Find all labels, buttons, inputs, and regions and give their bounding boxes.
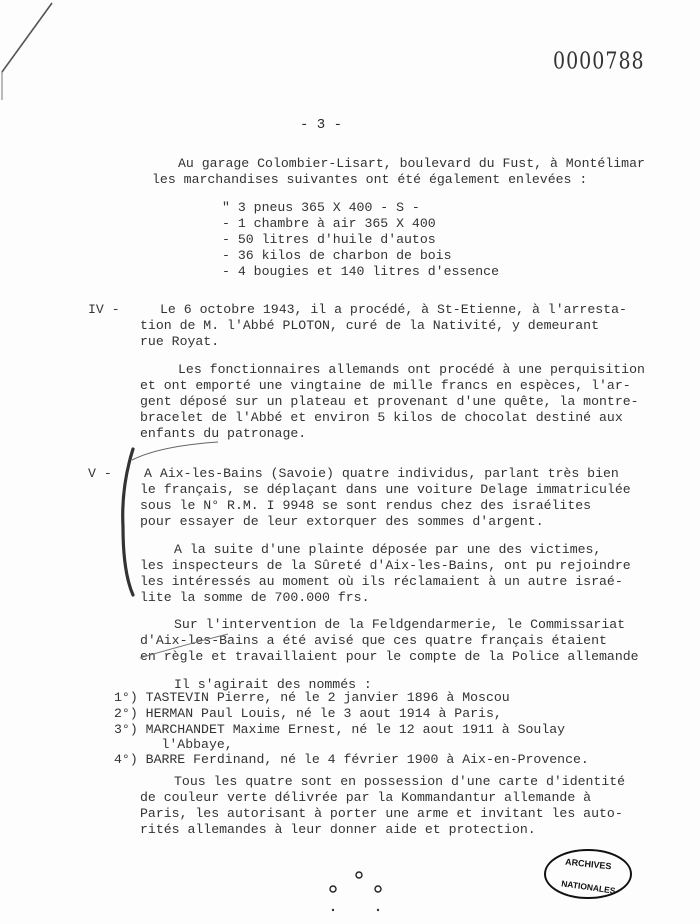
section-v-line: Sur l'intervention de la Feldgendarmerie… xyxy=(174,617,625,633)
section-v-line: Tous les quatre sont en possession d'une… xyxy=(174,774,625,790)
section-iv-line: et ont emporté une vingtaine de mille fr… xyxy=(140,378,631,394)
name-entry: 1°) TASTEVIN Pierre, né le 2 janvier 189… xyxy=(114,690,510,706)
section-iv-line: Les fonctionnaires allemands ont procédé… xyxy=(178,362,645,378)
archives-nationales-stamp: ARCHIVES NATIONALES xyxy=(542,847,634,901)
section-iv-line: gent déposé sur un plateau et provenant … xyxy=(140,394,639,410)
section-v-line: Paris, les autorisant à porter une arme … xyxy=(140,806,623,822)
section-v-line: les inspecteurs de la Sûreté d'Aix-les-B… xyxy=(140,558,631,574)
section-v-line: lite la somme de 700.000 frs. xyxy=(140,590,370,606)
ornament-dots-icon xyxy=(320,868,400,918)
section-v-line: A la suite d'une plainte déposée par une… xyxy=(174,542,601,558)
page-number: - 3 - xyxy=(300,117,342,133)
name-entry: 4°) BARRE Ferdinand, né le 4 février 190… xyxy=(114,752,589,768)
pen-stroke xyxy=(140,630,230,660)
document-number: 0000788 xyxy=(553,47,645,75)
folded-corner-mark xyxy=(0,0,70,100)
goods-item: - 36 kilos de charbon de bois xyxy=(222,248,452,264)
section-iv-line: bracelet de l'Abbé et environ 5 kilos de… xyxy=(140,410,623,426)
name-entry: 2°) HERMAN Paul Louis, né le 3 aout 1914… xyxy=(114,706,502,722)
section-v-line: sous le N° R.M. I 9948 se sont rendus ch… xyxy=(140,498,591,514)
goods-item: - 1 chambre à air 365 X 400 xyxy=(222,216,436,232)
section-iv-line: Le 6 octobre 1943, il a procédé, à St-Et… xyxy=(160,302,627,318)
intro-line: Au garage Colombier-Lisart, boulevard du… xyxy=(178,156,645,172)
section-iv-line: rue Royat. xyxy=(140,334,219,350)
pen-stroke xyxy=(130,440,220,462)
intro-line: les marchandises suivantes ont été égale… xyxy=(152,172,587,188)
handwritten-bracket xyxy=(119,447,137,597)
document-page: 0000788 - 3 - Au garage Colombier-Lisart… xyxy=(0,0,700,924)
section-iv-line: tion de M. l'Abbé PLOTON, curé de la Nat… xyxy=(140,318,599,334)
goods-item: - 50 litres d'huile d'autos xyxy=(222,232,436,248)
section-v-line: pour essayer de leur extorquer des somme… xyxy=(140,514,544,530)
section-v-line: les intéressés au moment où ils réclamai… xyxy=(140,574,623,590)
section-numeral-v: V - xyxy=(88,466,112,481)
section-numeral-iv: IV - xyxy=(88,302,120,317)
name-entry: l'Abbaye, xyxy=(114,737,233,753)
section-v-line: de couleur verte délivrée par la Kommand… xyxy=(140,790,591,806)
stamp-bottom-text: NATIONALES xyxy=(561,878,617,896)
section-v-line: A Aix-les-Bains (Savoie) quatre individu… xyxy=(144,466,619,482)
stamp-top-text: ARCHIVES xyxy=(565,857,612,872)
name-entry: 3°) MARCHANDET Maxime Ernest, né le 12 a… xyxy=(114,722,565,738)
goods-item: " 3 pneus 365 X 400 - S - xyxy=(222,200,420,216)
section-v-line: rités allemandes à leur donner aide et p… xyxy=(140,822,536,838)
section-v-line: le français, se déplaçant dans une voitu… xyxy=(140,482,631,498)
goods-item: - 4 bougies et 140 litres d'essence xyxy=(222,264,499,280)
